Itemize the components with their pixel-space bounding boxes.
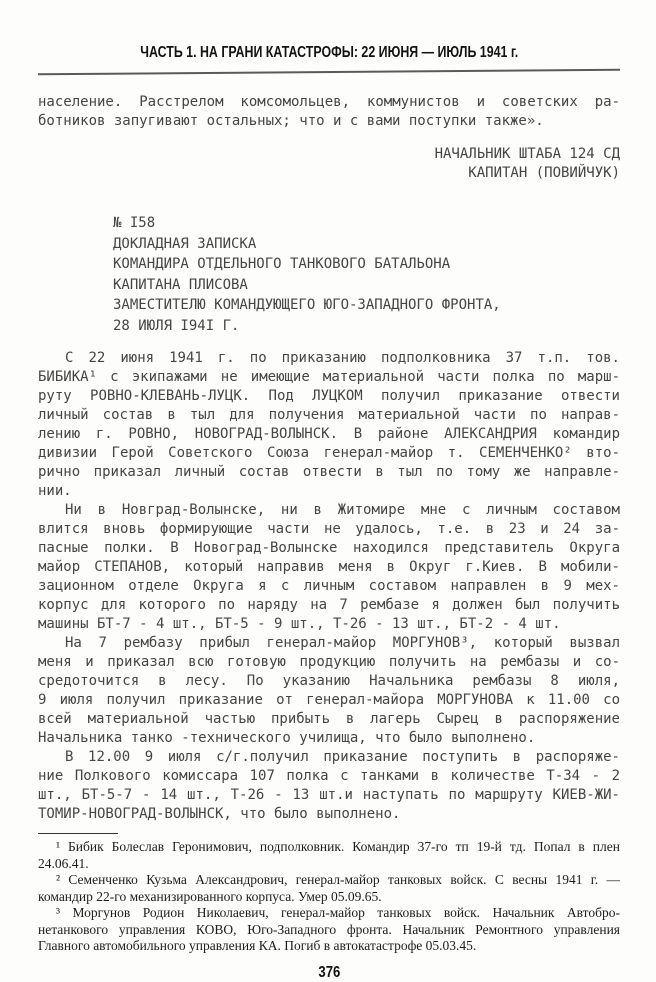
- body-line: машины БТ-7 - 4 шт., БТ-5 - 9 шт., Т-26 …: [38, 615, 620, 634]
- body-line: С 22 июня 1941 г. по приказанию подполко…: [38, 349, 620, 368]
- document-title-block: № I58 ДОКЛАДНАЯ ЗАПИСКА КОМАНДИРА ОТДЕЛЬ…: [38, 213, 620, 336]
- footnote: ³ Моргунов Родион Николаевич, генерал-ма…: [38, 905, 620, 955]
- body-line: Начальника танко -технического училища, …: [38, 729, 620, 748]
- body-line: корпус для которого по наряду на 7 ремба…: [38, 596, 620, 615]
- body-line: шт., БТ-5-7 - 14 шт., Т-26 - 13 шт.и нас…: [38, 786, 620, 805]
- footnote: ¹ Бибик Болеслав Геронимович, подполковн…: [38, 839, 620, 872]
- body-line: В 12.00 9 июля с/г.получил приказание по…: [38, 748, 620, 767]
- footnote-line: Главного автомобильного управления КА. П…: [38, 938, 620, 955]
- paragraph: В 12.00 9 июля с/г.получил приказание по…: [38, 748, 620, 824]
- signature-line: КАПИТАН (ПОВИЙЧУК): [38, 164, 620, 183]
- document-body: С 22 июня 1941 г. по приказанию подполко…: [38, 349, 620, 824]
- paragraph: На 7 рембазу прибыл генерал-майор МОРГУН…: [38, 634, 620, 748]
- document-title-line: ЗАМЕСТИТЕЛЮ КОМАНДУЮЩЕГО ЮГО-ЗАПАДНОГО Ф…: [113, 295, 620, 316]
- intro-line: население. Расстрелом комсомольцев, комм…: [38, 93, 620, 112]
- intro-paragraph: население. Расстрелом комсомольцев, комм…: [38, 93, 620, 131]
- footnote-line: 24.06.41.: [38, 856, 620, 873]
- running-header: ЧАСТЬ 1. НА ГРАНИ КАТАСТРОФЫ: 22 ИЮНЯ — …: [38, 44, 620, 62]
- document-title-line: КАПИТАНА ПЛИСОВА: [113, 275, 620, 296]
- body-line: руту РОВНО-КЛЕВАНЬ-ЛУЦК. Под ЛУЦКОМ полу…: [38, 387, 620, 406]
- scanned-page: ЧАСТЬ 1. НА ГРАНИ КАТАСТРОФЫ: 22 ИЮНЯ — …: [0, 0, 656, 982]
- document-title-line: ДОКЛАДНАЯ ЗАПИСКА: [113, 234, 620, 255]
- document-number: № I58: [113, 213, 620, 234]
- body-line: лению г. РОВНО, НОВОГРАД-ВОЛЫНСК. В райо…: [38, 425, 620, 444]
- paragraph: Ни в Новград-Волынске, ни в Житомире мне…: [38, 501, 620, 634]
- footnote-line: ¹ Бибик Болеслав Геронимович, подполковн…: [38, 839, 620, 856]
- body-line: пасные полки. В Новоград-Волынске находи…: [38, 539, 620, 558]
- body-line: рично приказал личный состав отвести в т…: [38, 463, 620, 482]
- signature-block: НАЧАЛЬНИК ШТАБА 124 СД КАПИТАН (ПОВИЙЧУК…: [38, 145, 620, 183]
- body-line: ние Полкового комиссара 107 полка с танк…: [38, 767, 620, 786]
- body-line: нии.: [38, 482, 620, 501]
- intro-line: ботников запугивают остальных; что и с в…: [38, 112, 620, 131]
- body-line: личный состав в тыл для получения матери…: [38, 406, 620, 425]
- body-line: всей материальной частью прибыть в лагер…: [38, 710, 620, 729]
- body-line: средоточится в лесу. По указанию Начальн…: [38, 672, 620, 691]
- header-rule: [38, 69, 620, 76]
- chapter-header-title: ЧАСТЬ 1. НА ГРАНИ КАТАСТРОФЫ: 22 ИЮНЯ — …: [140, 44, 518, 62]
- body-line: влится вновь формирующие части не удалос…: [38, 520, 620, 539]
- body-line: меня и приказал всю готовую продукцию по…: [38, 653, 620, 672]
- body-line: БИБИКА¹ с экипажами не имеющие материаль…: [38, 368, 620, 387]
- signature-line: НАЧАЛЬНИК ШТАБА 124 СД: [38, 145, 620, 164]
- footnote-line: командир 22-го механизированного корпуса…: [38, 889, 620, 906]
- page-number-container: 376: [38, 964, 620, 982]
- footnote-separator: [38, 833, 118, 834]
- body-line: 9 июля получил приказание от генерал-май…: [38, 691, 620, 710]
- body-line: Ни в Новград-Волынске, ни в Житомире мне…: [38, 501, 620, 520]
- document-title-line: КОМАНДИРА ОТДЕЛЬНОГО ТАНКОВОГО БАТАЛЬОНА: [113, 254, 620, 275]
- body-line: дивизии Герой Советского Союза генерал-м…: [38, 444, 620, 463]
- paragraph: С 22 июня 1941 г. по приказанию подполко…: [38, 349, 620, 501]
- page-number: 376: [318, 964, 340, 982]
- body-line: На 7 рембазу прибыл генерал-майор МОРГУН…: [38, 634, 620, 653]
- body-line: майор СТЕПАНОВ, который направив меня в …: [38, 558, 620, 577]
- footnote: ² Семенченко Кузьма Александрович, генер…: [38, 872, 620, 905]
- body-line: ТОМИР-НОВОГРАД-ВОЛЫНСК, что было выполне…: [38, 805, 620, 824]
- footnote-line: ² Семенченко Кузьма Александрович, генер…: [38, 872, 620, 889]
- document-date-line: 28 ИЮЛЯ I94I Г.: [113, 316, 620, 337]
- footnotes: ¹ Бибик Болеслав Геронимович, подполковн…: [38, 839, 620, 955]
- body-line: зационном отделе Округа я с личным соста…: [38, 577, 620, 596]
- footnote-line: ³ Моргунов Родион Николаевич, генерал-ма…: [38, 905, 620, 922]
- footnote-line: нетанкового управления КОВО, Юго-Западно…: [38, 922, 620, 939]
